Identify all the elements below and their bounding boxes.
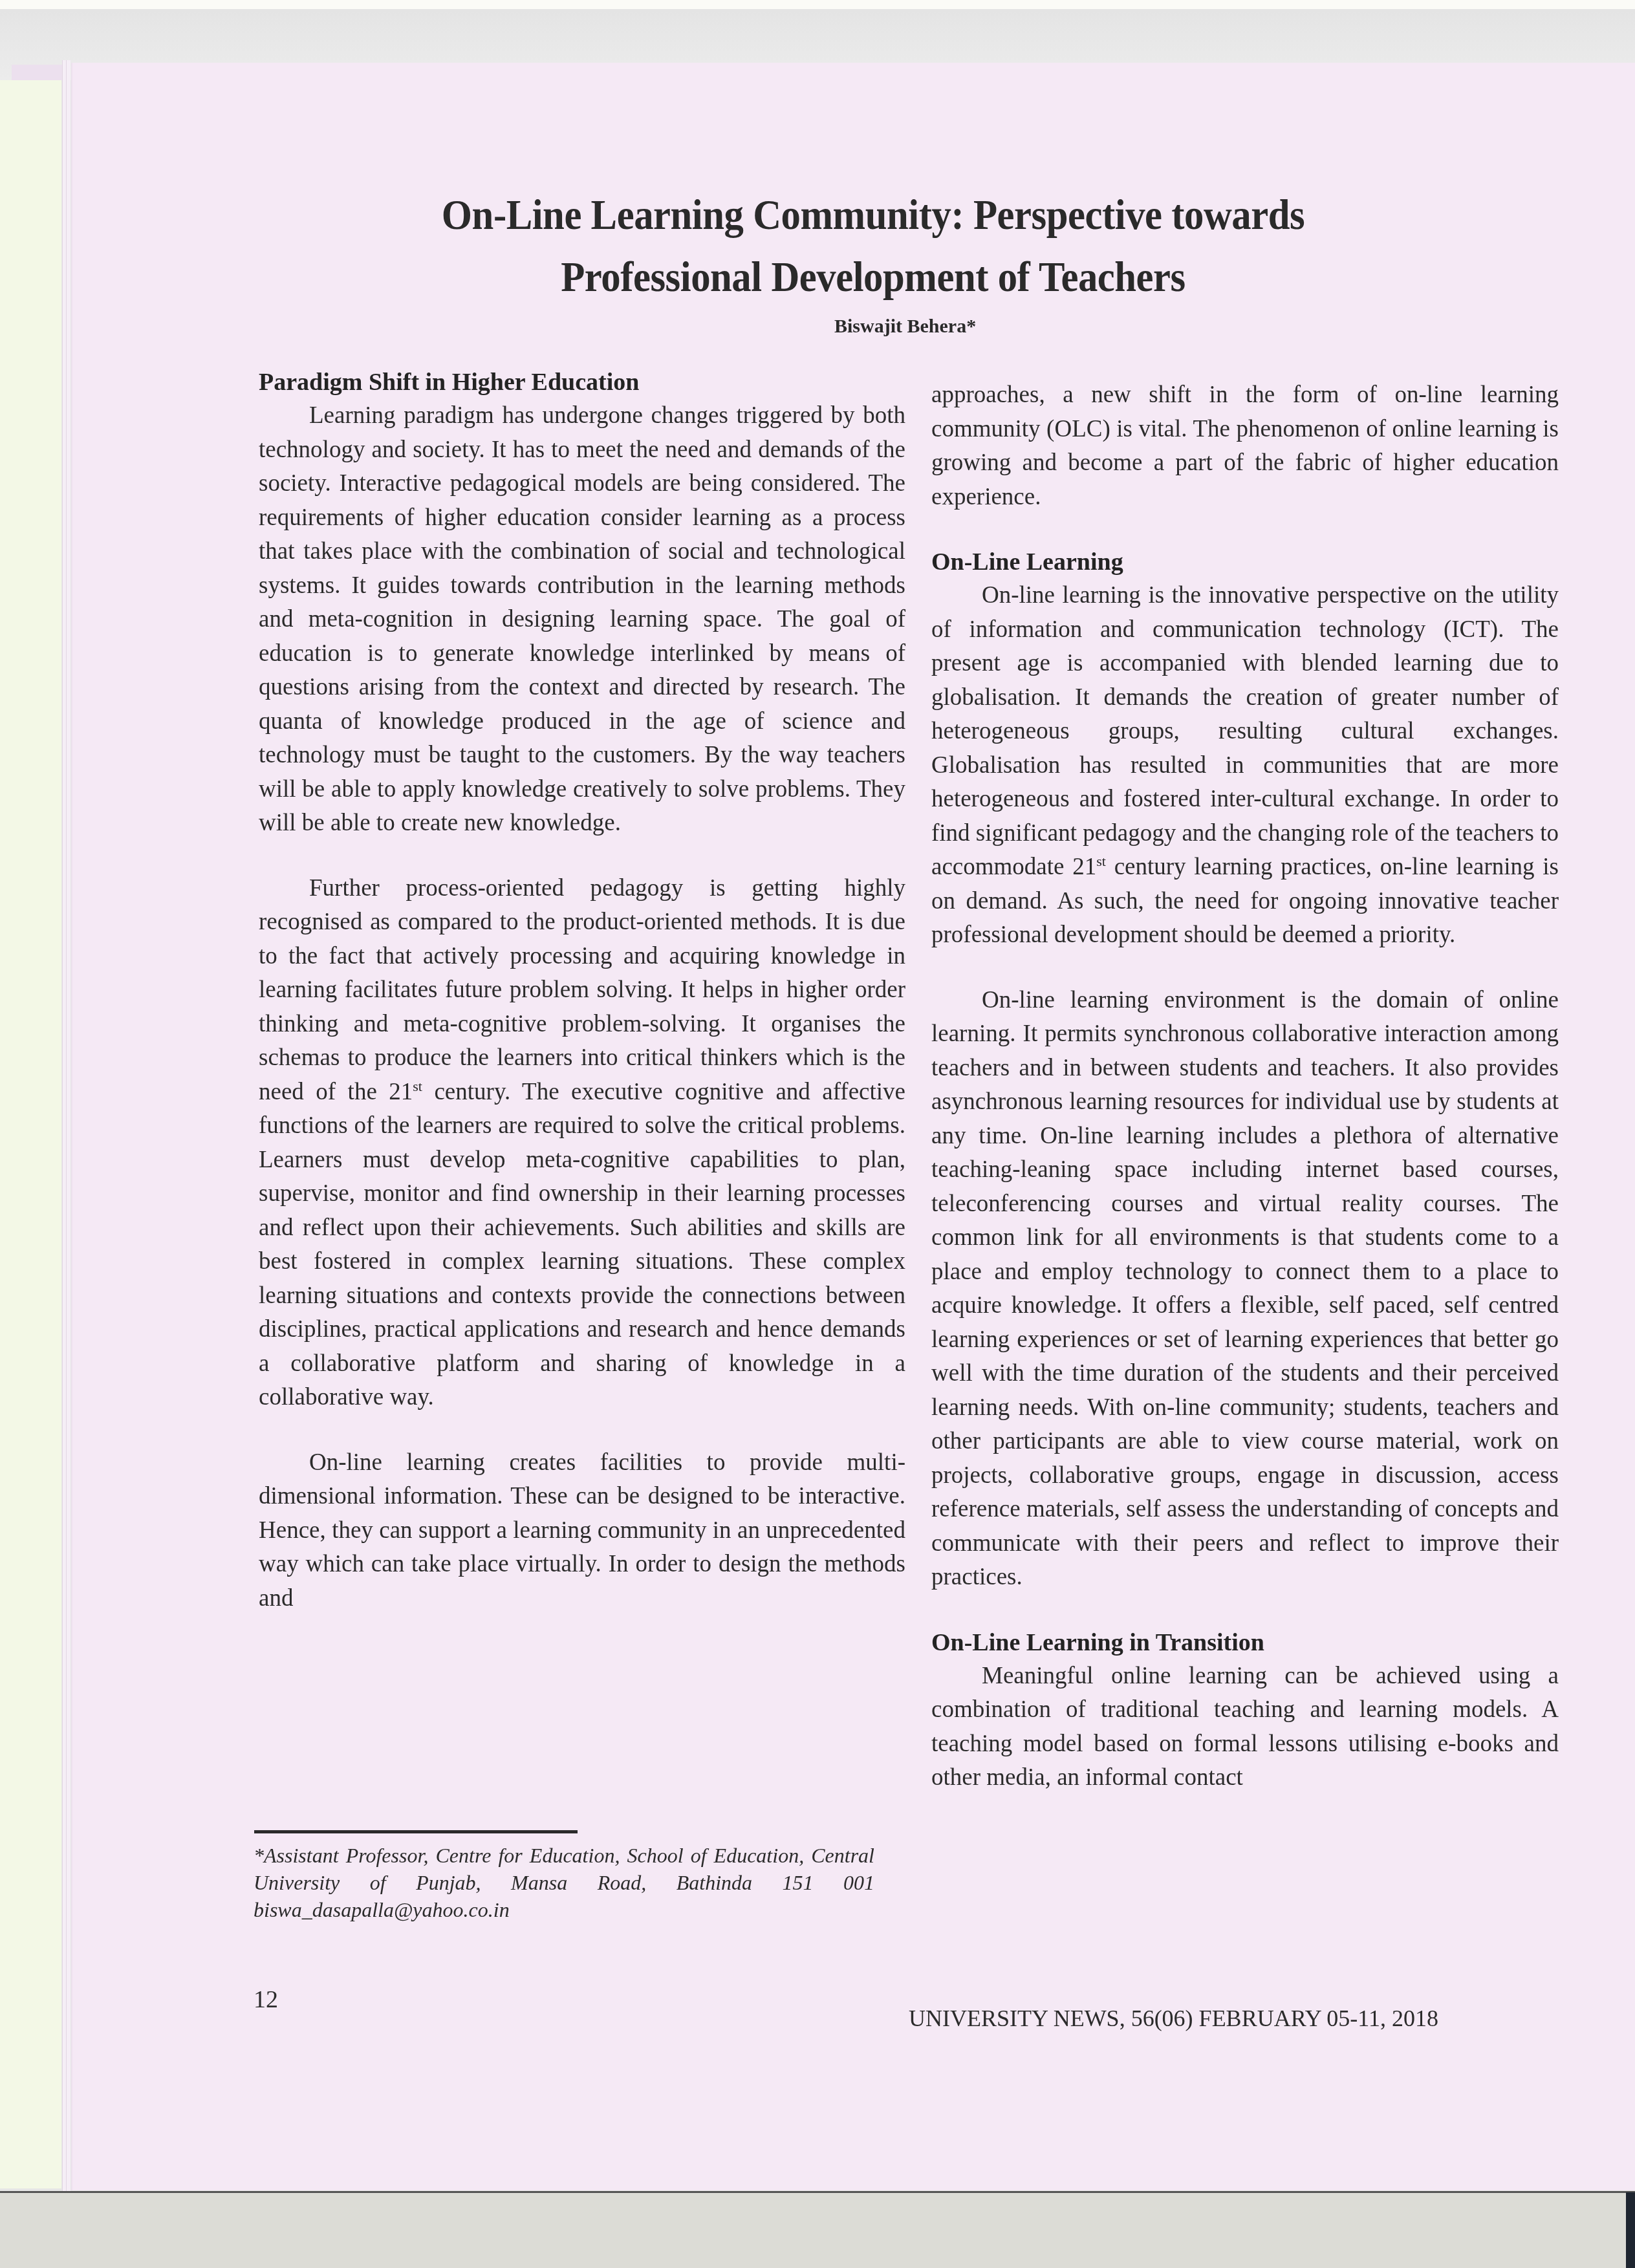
paragraph-gap bbox=[931, 1595, 1559, 1626]
title-line-1: On-Line Learning Community: Perspective … bbox=[442, 191, 1305, 239]
section-heading-transition: On-Line Learning in Transition bbox=[931, 1626, 1559, 1659]
paragraph-gap bbox=[259, 841, 905, 872]
superscript: st bbox=[1096, 853, 1106, 869]
section-heading-paradigm-shift: Paradigm Shift in Higher Education bbox=[259, 365, 905, 399]
paragraph-gap bbox=[931, 514, 1559, 545]
author-byline: Biswajit Behera* bbox=[834, 316, 976, 338]
page-stack-edge bbox=[66, 60, 70, 2220]
paragraph: On-line learning creates facilities to p… bbox=[259, 1446, 905, 1616]
paragraph: Learning paradigm has undergone changes … bbox=[259, 399, 905, 841]
superscript: st bbox=[413, 1077, 422, 1094]
paragraph: approaches, a new shift in the form of o… bbox=[931, 378, 1559, 514]
paragraph-text: century. The executive cognitive and aff… bbox=[259, 1079, 905, 1411]
paragraph: Meaningful online learning can be achiev… bbox=[931, 1659, 1559, 1795]
paragraph: On-line learning environment is the doma… bbox=[931, 984, 1559, 1595]
paragraph-text: Further process-oriented pedagogy is get… bbox=[259, 875, 905, 1105]
adjacent-page-corner bbox=[12, 65, 63, 80]
paragraph-gap bbox=[259, 1415, 905, 1446]
page-number: 12 bbox=[254, 1985, 278, 2014]
scan-top-edge bbox=[0, 0, 1635, 9]
paragraph-text: On-line learning is the innovative persp… bbox=[931, 582, 1559, 880]
adjacent-page-strip bbox=[0, 80, 61, 2188]
paragraph: Further process-oriented pedagogy is get… bbox=[259, 872, 905, 1415]
title-line-2: Professional Development of Teachers bbox=[561, 254, 1186, 301]
left-column: Paradigm Shift in Higher Education Learn… bbox=[259, 365, 905, 1615]
right-column: approaches, a new shift in the form of o… bbox=[931, 378, 1559, 1795]
article-title: On-Line Learning Community: Perspective … bbox=[308, 184, 1438, 308]
section-heading-online-learning: On-Line Learning bbox=[931, 545, 1559, 579]
paragraph: On-line learning is the innovative persp… bbox=[931, 579, 1559, 953]
author-footnote: *Assistant Professor, Centre for Educati… bbox=[254, 1842, 874, 1923]
paragraph-gap bbox=[931, 953, 1559, 984]
scanner-corner bbox=[1626, 2192, 1635, 2268]
journal-footer: UNIVERSITY NEWS, 56(06) FEBRUARY 05-11, … bbox=[909, 2005, 1438, 2032]
scanner-bottom-edge bbox=[0, 2191, 1635, 2268]
footnote-divider bbox=[254, 1830, 578, 1833]
